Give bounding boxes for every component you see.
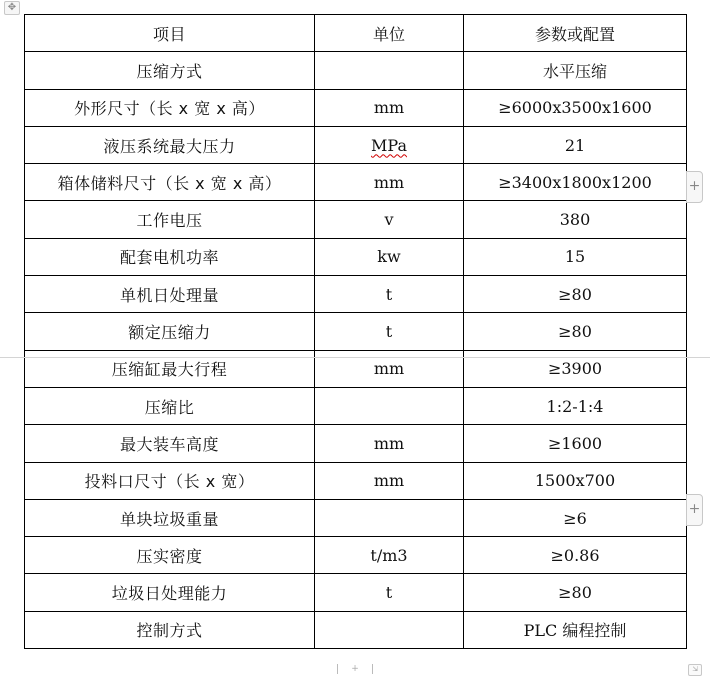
cell-unit[interactable]: MPa bbox=[315, 126, 464, 163]
table-move-handle-icon[interactable]: ✥ bbox=[4, 1, 20, 15]
cell-item[interactable]: 箱体储料尺寸（长 x 宽 x 高） bbox=[25, 164, 315, 201]
header-unit[interactable]: 单位 bbox=[315, 15, 464, 52]
cell-value[interactable]: 380 bbox=[464, 201, 687, 238]
cell-value[interactable]: 15 bbox=[464, 238, 687, 275]
cell-unit[interactable]: mm bbox=[315, 425, 464, 462]
spellcheck-flagged-text: MPa bbox=[371, 136, 407, 155]
cell-item[interactable]: 单机日处理量 bbox=[25, 276, 315, 313]
cell-value[interactable]: 21 bbox=[464, 126, 687, 163]
cell-item[interactable]: 最大装车高度 bbox=[25, 425, 315, 462]
cell-item[interactable]: 控制方式 bbox=[25, 611, 315, 648]
cell-item[interactable]: 压缩方式 bbox=[25, 52, 315, 89]
cell-unit[interactable]: kw bbox=[315, 238, 464, 275]
cell-unit[interactable]: t bbox=[315, 276, 464, 313]
add-row-button[interactable]: + bbox=[686, 171, 703, 203]
cell-value[interactable]: 1500x700 bbox=[464, 462, 687, 499]
cell-value[interactable]: 水平压缩 bbox=[464, 52, 687, 89]
table-row: 工作电压 v 380 bbox=[25, 201, 687, 238]
plus-icon: + bbox=[689, 501, 701, 517]
cell-value[interactable]: 1:2-1:4 bbox=[464, 387, 687, 424]
cell-item[interactable]: 配套电机功率 bbox=[25, 238, 315, 275]
cell-value[interactable]: PLC 编程控制 bbox=[464, 611, 687, 648]
cell-unit[interactable]: mm bbox=[315, 164, 464, 201]
cell-item[interactable]: 压实密度 bbox=[25, 537, 315, 574]
table-row: 额定压缩力 t ≥80 bbox=[25, 313, 687, 350]
table-row: 垃圾日处理能力 t ≥80 bbox=[25, 574, 687, 611]
table-row: 液压系统最大压力 MPa 21 bbox=[25, 126, 687, 163]
cell-value[interactable]: ≥0.86 bbox=[464, 537, 687, 574]
cell-unit[interactable] bbox=[315, 52, 464, 89]
table-resize-handle-icon[interactable]: ⇲ bbox=[688, 664, 702, 676]
cell-unit[interactable]: v bbox=[315, 201, 464, 238]
cell-item[interactable]: 单块垃圾重量 bbox=[25, 499, 315, 536]
table-row: 压实密度 t/m3 ≥0.86 bbox=[25, 537, 687, 574]
cell-unit[interactable]: t/m3 bbox=[315, 537, 464, 574]
cell-value[interactable]: ≥80 bbox=[464, 313, 687, 350]
cell-value[interactable]: ≥3900 bbox=[464, 350, 687, 387]
table-row: 投料口尺寸（长 x 宽） mm 1500x700 bbox=[25, 462, 687, 499]
cell-unit[interactable] bbox=[315, 387, 464, 424]
cell-item[interactable]: 液压系统最大压力 bbox=[25, 126, 315, 163]
cell-item[interactable]: 工作电压 bbox=[25, 201, 315, 238]
add-column-button[interactable]: + bbox=[337, 664, 373, 674]
table-row: 压缩比 1:2-1:4 bbox=[25, 387, 687, 424]
cell-unit[interactable]: mm bbox=[315, 462, 464, 499]
cell-unit[interactable] bbox=[315, 499, 464, 536]
add-row-button[interactable]: + bbox=[686, 494, 703, 526]
table-row: 单机日处理量 t ≥80 bbox=[25, 276, 687, 313]
cell-unit[interactable]: mm bbox=[315, 350, 464, 387]
header-item[interactable]: 项目 bbox=[25, 15, 315, 52]
cell-item[interactable]: 外形尺寸（长 x 宽 x 高） bbox=[25, 89, 315, 126]
cell-item[interactable]: 垃圾日处理能力 bbox=[25, 574, 315, 611]
cell-unit[interactable]: t bbox=[315, 574, 464, 611]
cell-item[interactable]: 压缩比 bbox=[25, 387, 315, 424]
table-row: 压缩方式 水平压缩 bbox=[25, 52, 687, 89]
table-row: 箱体储料尺寸（长 x 宽 x 高） mm ≥3400x1800x1200 bbox=[25, 164, 687, 201]
table-row: 单块垃圾重量 ≥6 bbox=[25, 499, 687, 536]
cell-item[interactable]: 投料口尺寸（长 x 宽） bbox=[25, 462, 315, 499]
table-header-row: 项目 单位 参数或配置 bbox=[25, 15, 687, 52]
header-value[interactable]: 参数或配置 bbox=[464, 15, 687, 52]
table-row: 控制方式 PLC 编程控制 bbox=[25, 611, 687, 648]
cell-unit[interactable] bbox=[315, 611, 464, 648]
cell-value[interactable]: ≥1600 bbox=[464, 425, 687, 462]
cell-value[interactable]: ≥3400x1800x1200 bbox=[464, 164, 687, 201]
table-row: 外形尺寸（长 x 宽 x 高） mm ≥6000x3500x1600 bbox=[25, 89, 687, 126]
spec-table: 项目 单位 参数或配置 压缩方式 水平压缩 外形尺寸（长 x 宽 x 高） mm… bbox=[24, 14, 687, 649]
plus-icon: + bbox=[689, 178, 701, 194]
cell-unit[interactable]: t bbox=[315, 313, 464, 350]
table-row: 压缩缸最大行程 mm ≥3900 bbox=[25, 350, 687, 387]
cell-value[interactable]: ≥80 bbox=[464, 574, 687, 611]
cell-item[interactable]: 额定压缩力 bbox=[25, 313, 315, 350]
cell-value[interactable]: ≥80 bbox=[464, 276, 687, 313]
cell-value[interactable]: ≥6 bbox=[464, 499, 687, 536]
cell-item[interactable]: 压缩缸最大行程 bbox=[25, 350, 315, 387]
cell-unit[interactable]: mm bbox=[315, 89, 464, 126]
table-row: 配套电机功率 kw 15 bbox=[25, 238, 687, 275]
plus-icon: + bbox=[351, 664, 359, 674]
cell-value[interactable]: ≥6000x3500x1600 bbox=[464, 89, 687, 126]
table-row: 最大装车高度 mm ≥1600 bbox=[25, 425, 687, 462]
